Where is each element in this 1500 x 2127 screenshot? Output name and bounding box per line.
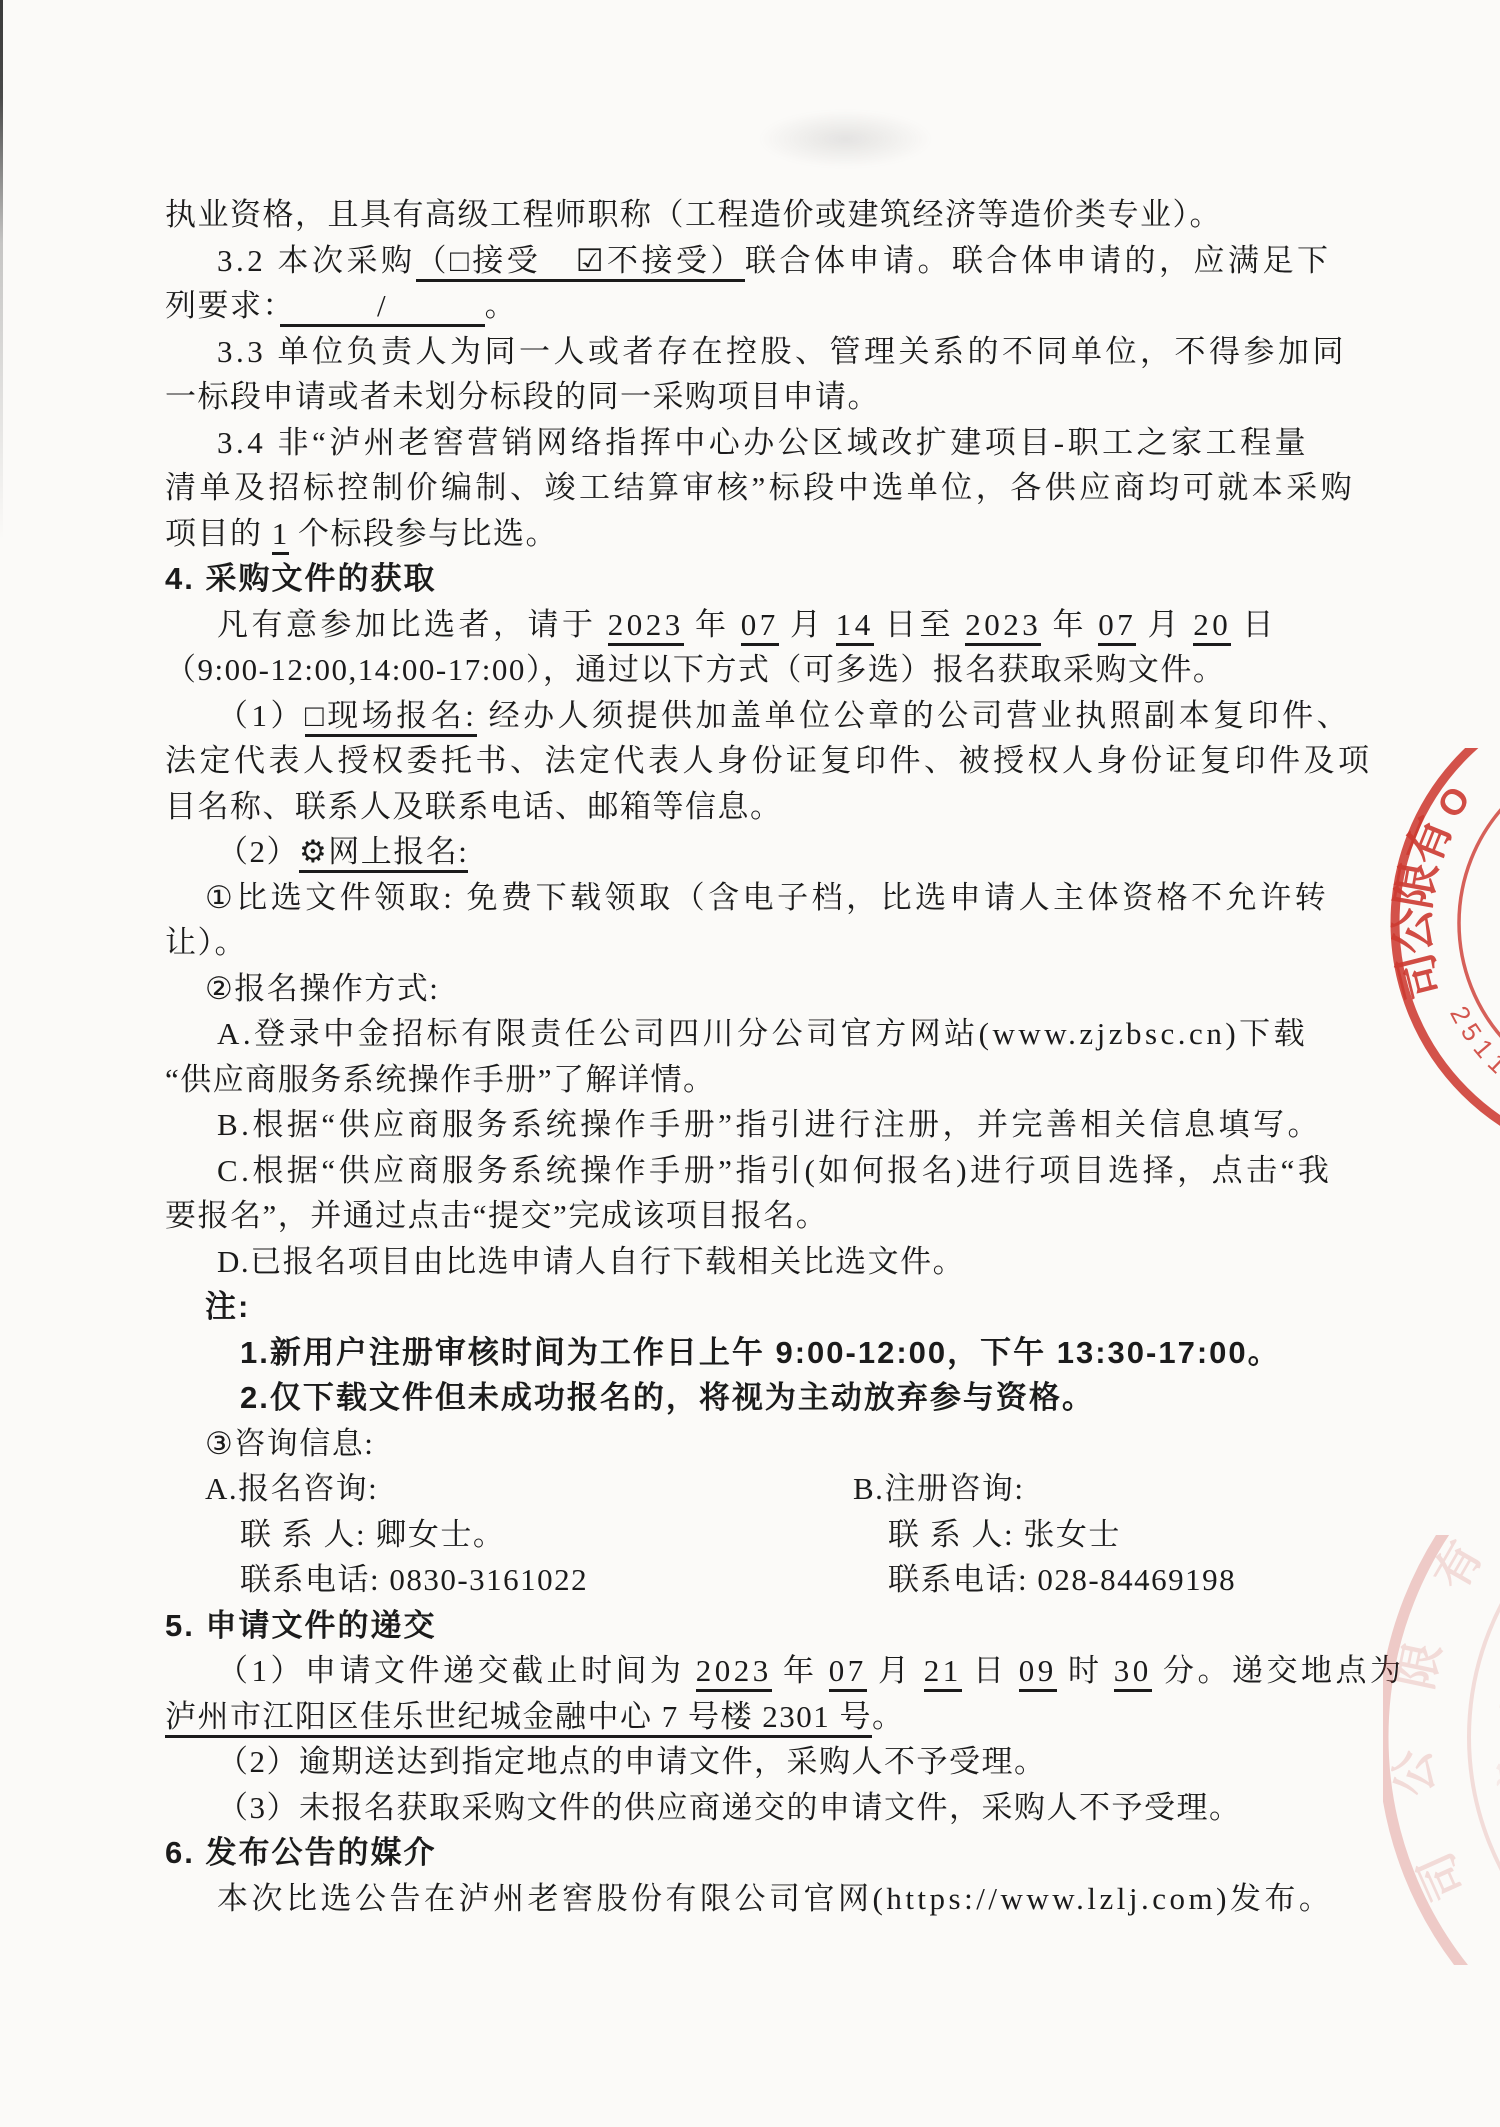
text-line: （2）⚙网上报名: — [165, 829, 1346, 875]
text-segment: 年 — [772, 1653, 829, 1688]
text-line: C.根据“供应商服务系统操作手册”指引(如何报名)进行项目选择，点击“我 — [165, 1148, 1346, 1194]
text-segment: 6. 发布公告的媒介 — [165, 1835, 436, 1870]
svg-text:司: 司 — [1389, 948, 1451, 1005]
text-segment: 07 — [829, 1653, 867, 1692]
text-line: 6. 发布公告的媒介 — [165, 1830, 1346, 1876]
text-line: ③咨询信息: — [165, 1421, 1346, 1467]
scanned-document-page: 执业资格，且具有高级工程师职称（工程造价或建筑经济等造价类专业）。3.2 本次采… — [0, 0, 1500, 2127]
text-segment: （2）逾期送达到指定地点的申请文件，采购人不予受理。 — [217, 1744, 1047, 1779]
text-segment: 2.仅下载文件但未成功报名的，将视为主动放弃参与资格。 — [240, 1380, 1095, 1415]
svg-text:1: 1 — [1467, 1033, 1499, 1063]
text-segment: ③咨询信息: — [205, 1426, 374, 1461]
text-line: 清单及招标控制价编制、竣工结算审核”标段中选单位，各供应商均可就本采购 — [165, 465, 1346, 511]
text-segment: 4. 采购文件的获取 — [165, 561, 436, 596]
text-line: 一标段申请或者未划分标段的同一采购项目申请。 — [165, 374, 1346, 420]
text-segment: 年 — [684, 607, 741, 642]
contact-right-column: 联 系 人: 张女士 — [888, 1512, 1121, 1558]
text-segment: 日 — [1231, 607, 1277, 642]
text-line: B.根据“供应商服务系统操作手册”指引进行注册，并完善相关信息填写。 — [165, 1102, 1346, 1148]
document-lines: 执业资格，且具有高级工程师职称（工程造价或建筑经济等造价类专业）。3.2 本次采… — [165, 192, 1346, 1921]
text-segment: 泸州市江阳区佳乐世纪城金融中心 7 号楼 2301 号 — [165, 1699, 872, 1738]
contact-right-column: 联系电话: 028-84469198 — [888, 1557, 1236, 1603]
text-line: D.已报名项目由比选申请人自行下载相关比选文件。 — [165, 1239, 1346, 1285]
text-segment: 法定代表人授权委托书、法定代表人身份证复印件、被授权人身份证复印件及项 — [165, 743, 1373, 778]
text-line: （9:00-12:00,14:00-17:00），通过以下方式（可多选）报名获取… — [165, 647, 1346, 693]
text-segment: （9:00-12:00,14:00-17:00），通过以下方式（可多选）报名获取… — [165, 652, 1225, 687]
text-segment: 注: — [205, 1289, 250, 1324]
text-segment: 执业资格，且具有高级工程师职称（工程造价或建筑经济等造价类专业）。 — [165, 197, 1222, 232]
text-segment: 月 — [779, 607, 836, 642]
company-seal-stamp: O有限公司25117 — [1383, 748, 1500, 1140]
contact-right-column: B.注册咨询: — [853, 1466, 1025, 1512]
text-segment: 月 — [867, 1653, 924, 1688]
svg-text:商: 商 — [1493, 1757, 1500, 1802]
text-line: ②报名操作方式: — [165, 966, 1346, 1012]
text-line: （2）逾期送达到指定地点的申请文件，采购人不予受理。 — [165, 1739, 1346, 1785]
text-segment: 联合体申请。联合体申请的，应满足下 — [745, 243, 1332, 278]
text-line: 本次比选公告在泸州老窖股份有限公司官网(https://www.lzlj.com… — [165, 1876, 1346, 1922]
svg-text:有: 有 — [1424, 1535, 1492, 1598]
text-segment: 个标段参与比选。 — [289, 516, 558, 551]
svg-text:公: 公 — [1386, 1747, 1443, 1798]
text-segment: C.根据“供应商服务系统操作手册”指引(如何报名)进行项目选择，点击“我 — [217, 1153, 1332, 1188]
text-segment: 联 系 人: 卿女士。 — [240, 1517, 505, 1552]
text-segment: 1 — [272, 516, 289, 555]
text-line: 1.新用户注册审核时间为工作日上午 9:00-12:00，下午 13:30-17… — [165, 1330, 1346, 1376]
text-segment: B.注册咨询: — [853, 1471, 1025, 1506]
text-segment: （2） — [217, 834, 299, 869]
text-segment: 2023 — [696, 1653, 772, 1692]
text-segment: ⚙网上报名: — [299, 834, 468, 873]
scan-smudge-artifact — [758, 110, 933, 168]
text-line: 联 系 人: 卿女士。联 系 人: 张女士 — [165, 1512, 1346, 1558]
text-segment: ①比选文件领取: 免费下载领取（含电子档，比选申请人主体资格不允许转 — [205, 880, 1329, 915]
text-segment: 列要求： — [165, 288, 280, 323]
text-line: 注: — [165, 1284, 1346, 1330]
text-segment: 2023 — [608, 607, 684, 646]
text-segment: A.登录中金招标有限责任公司四川分公司官方网站(www.zjzbsc.cn)下载 — [217, 1016, 1308, 1051]
faint-seal-stamp: 有限公司工商 — [1383, 1535, 1500, 1965]
text-segment: （1）申请文件递交截止时间为 — [217, 1653, 696, 1688]
svg-text:工: 工 — [1493, 1673, 1500, 1718]
text-segment: “供应商服务系统操作手册”了解详情。 — [165, 1062, 716, 1097]
text-segment: / — [280, 288, 485, 327]
text-segment: 20 — [1193, 607, 1231, 646]
text-segment: 。 — [485, 288, 518, 323]
text-segment: 时 — [1057, 1653, 1114, 1688]
text-segment: 07 — [1098, 607, 1136, 646]
text-segment: 一标段申请或者未划分标段的同一采购项目申请。 — [165, 379, 880, 414]
text-segment: B.根据“供应商服务系统操作手册”指引进行注册，并完善相关信息填写。 — [217, 1107, 1322, 1142]
text-segment: 月 — [1136, 607, 1193, 642]
text-segment: 21 — [924, 1653, 962, 1692]
text-segment: 本次比选公告在泸州老窖股份有限公司官网(https://www.lzlj.com… — [217, 1881, 1333, 1916]
text-line: 列要求： / 。 — [165, 283, 1346, 329]
text-line: 5. 申请文件的递交 — [165, 1603, 1346, 1649]
text-segment: 。 — [872, 1699, 905, 1734]
text-line: 凡有意参加比选者，请于 2023 年 07 月 14 日至 2023 年 07 … — [165, 602, 1346, 648]
contact-left-column: A.报名咨询: — [205, 1471, 378, 1506]
text-segment: （1） — [217, 698, 305, 733]
text-segment: 年 — [1041, 607, 1098, 642]
text-line: 4. 采购文件的获取 — [165, 556, 1346, 602]
text-segment: ②报名操作方式: — [205, 971, 439, 1006]
text-segment: 清单及招标控制价编制、竣工结算审核”标段中选单位，各供应商均可就本采购 — [165, 470, 1355, 505]
contact-left-column: 联系电话: 0830-3161022 — [240, 1562, 588, 1597]
text-segment: 14 — [836, 607, 874, 646]
text-segment: 3.4 非“泸州老窖营销网络指挥中心办公区域改扩建项目-职工之家工程量 — [217, 425, 1309, 460]
text-line: ①比选文件领取: 免费下载领取（含电子档，比选申请人主体资格不允许转 — [165, 875, 1346, 921]
text-line: A.登录中金招标有限责任公司四川分公司官方网站(www.zjzbsc.cn)下载 — [165, 1011, 1346, 1057]
contact-left-column: 联 系 人: 卿女士。 — [240, 1517, 505, 1552]
text-segment: □现场报名: — [305, 698, 477, 737]
text-segment: 日至 — [874, 607, 966, 642]
scan-edge-artifact — [0, 0, 3, 540]
text-line: 3.2 本次采购（□接受 ☑不接受）联合体申请。联合体申请的，应满足下 — [165, 238, 1346, 284]
text-line: （1）□现场报名: 经办人须提供加盖单位公章的公司营业执照副本复印件、 — [165, 693, 1346, 739]
text-segment: 项目的 — [165, 516, 272, 551]
text-line: “供应商服务系统操作手册”了解详情。 — [165, 1057, 1346, 1103]
text-segment: 联 系 人: 张女士 — [888, 1517, 1121, 1552]
text-segment: 让）。 — [165, 925, 247, 960]
text-line: 要报名”，并通过点击“提交”完成该项目报名。 — [165, 1193, 1346, 1239]
text-segment: 2023 — [965, 607, 1041, 646]
text-segment: 5. 申请文件的递交 — [165, 1608, 436, 1643]
text-line: 执业资格，且具有高级工程师职称（工程造价或建筑经济等造价类专业）。 — [165, 192, 1346, 238]
svg-text:有: 有 — [1396, 810, 1461, 872]
svg-text:2: 2 — [1444, 1001, 1477, 1028]
text-line: （1）申请文件递交截止时间为 2023 年 07 月 21 日 09 时 30 … — [165, 1648, 1346, 1694]
svg-text:公: 公 — [1386, 907, 1440, 955]
text-line: 泸州市江阳区佳乐世纪城金融中心 7 号楼 2301 号。 — [165, 1694, 1346, 1740]
text-segment: D.已报名项目由比选申请人自行下载相关比选文件。 — [217, 1244, 965, 1279]
text-segment: 07 — [741, 607, 779, 646]
text-segment: 经办人须提供加盖单位公章的公司营业执照副本复印件、 — [477, 698, 1351, 733]
text-segment: 3.2 本次采购 — [217, 243, 416, 278]
text-segment: （3）未报名获取采购文件的供应商递交的申请文件，采购人不予受理。 — [217, 1790, 1242, 1825]
svg-text:1: 1 — [1482, 1047, 1500, 1079]
text-segment: 分。递交地点为 — [1152, 1653, 1405, 1688]
text-segment: 日 — [962, 1653, 1019, 1688]
text-segment: 1.新用户注册审核时间为工作日上午 9:00-12:00，下午 13:30-17… — [240, 1335, 1281, 1370]
text-line: 法定代表人授权委托书、法定代表人身份证复印件、被授权人身份证复印件及项 — [165, 738, 1346, 784]
svg-text:O: O — [1429, 779, 1479, 825]
text-segment: （□接受 ☑不接受） — [416, 243, 746, 282]
text-line: A.报名咨询:B.注册咨询: — [165, 1466, 1346, 1512]
text-segment: 目名称、联系人及联系电话、邮箱等信息。 — [165, 789, 783, 824]
svg-text:5: 5 — [1455, 1018, 1488, 1047]
text-segment: 联系电话: 028-84469198 — [888, 1562, 1236, 1597]
text-line: 目名称、联系人及联系电话、邮箱等信息。 — [165, 784, 1346, 830]
text-segment: 凡有意参加比选者，请于 — [217, 607, 608, 642]
text-line: （3）未报名获取采购文件的供应商递交的申请文件，采购人不予受理。 — [165, 1785, 1346, 1831]
text-segment: 要报名”，并通过点击“提交”完成该项目报名。 — [165, 1198, 828, 1233]
text-line: 联系电话: 0830-3161022联系电话: 028-84469198 — [165, 1557, 1346, 1603]
text-line: 2.仅下载文件但未成功报名的，将视为主动放弃参与资格。 — [165, 1375, 1346, 1421]
text-segment: A.报名咨询: — [205, 1471, 378, 1506]
text-segment: 3.3 单位负责人为同一人或者存在控股、管理关系的不同单位，不得参加同 — [217, 334, 1347, 369]
text-segment: 联系电话: 0830-3161022 — [240, 1562, 588, 1597]
svg-text:司: 司 — [1409, 1845, 1475, 1908]
text-line: 让）。 — [165, 920, 1346, 966]
svg-text:限: 限 — [1387, 858, 1446, 912]
text-line: 3.3 单位负责人为同一人或者存在控股、管理关系的不同单位，不得参加同 — [165, 329, 1346, 375]
text-line: 项目的 1 个标段参与比选。 — [165, 511, 1346, 557]
text-line: 3.4 非“泸州老窖营销网络指挥中心办公区域改扩建项目-职工之家工程量 — [165, 420, 1346, 466]
text-segment: 09 — [1019, 1653, 1057, 1692]
text-segment: 30 — [1114, 1653, 1152, 1692]
